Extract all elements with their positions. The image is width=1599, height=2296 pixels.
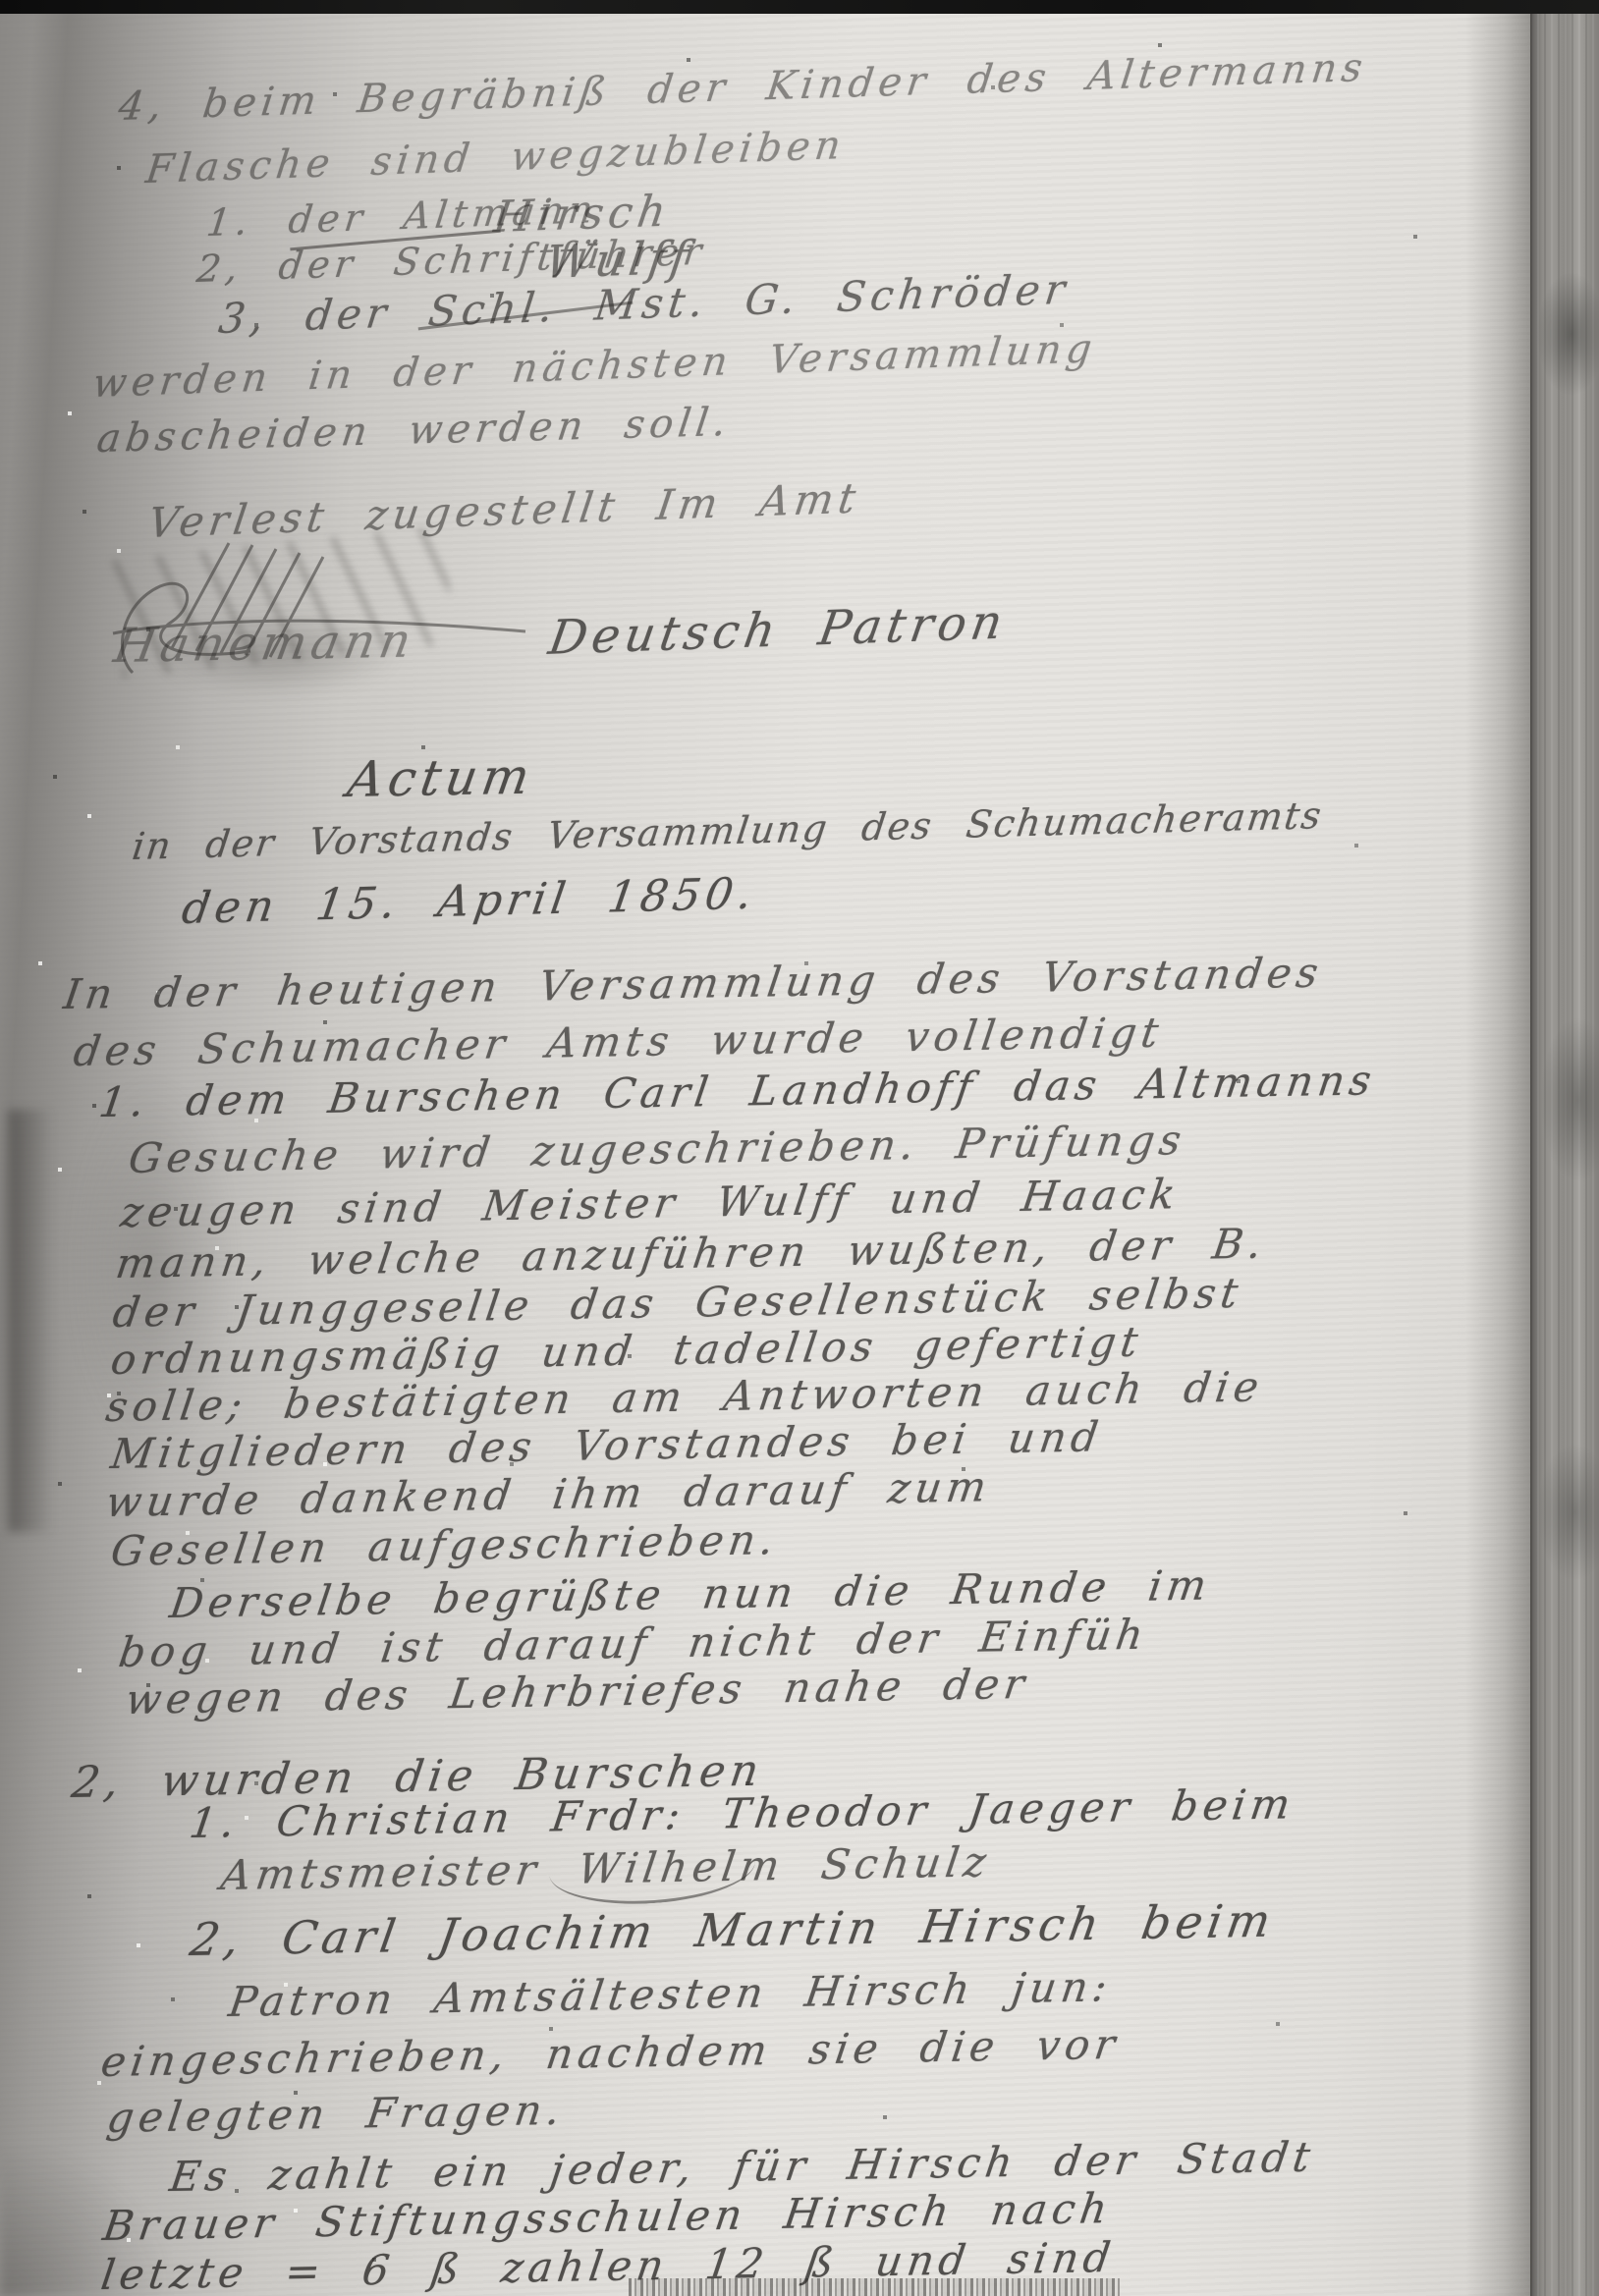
page-edge-shadow bbox=[1465, 0, 1530, 2296]
manuscript-page: 4, beim Begräbniß der Kinder des Alterma… bbox=[0, 0, 1599, 2296]
handwritten-line: gelegten Fragen. bbox=[104, 2086, 568, 2142]
handwritten-line: eingeschrieben, nachdem sie die vor bbox=[98, 2020, 1123, 2086]
scan-top-edge bbox=[0, 0, 1599, 14]
signature-deutsch-patron: Deutsch Patron bbox=[545, 594, 1011, 666]
book-page-edges bbox=[1530, 0, 1599, 2296]
signature-hanemann: Hanemann bbox=[110, 613, 420, 674]
date-line: den 15. April 1850. bbox=[179, 868, 760, 934]
handwritten-line: 4, beim Begräbniß der Kinder des Alterma… bbox=[116, 45, 1370, 130]
handwritten-line: Flasche sind wegzubleiben bbox=[143, 123, 848, 192]
apprentice-entry-line: 2, Carl Joachim Martin Hirsch beim bbox=[187, 1894, 1279, 1966]
handwritten-line: abscheiden werden soll. bbox=[94, 400, 734, 462]
ink-smudge bbox=[8, 1110, 53, 1532]
actum-heading: Actum bbox=[344, 748, 538, 808]
apprentice-entry-line: Patron Amtsältesten Hirsch jun: bbox=[226, 1962, 1115, 2026]
apprentice-entry-line: Amtsmeister Wilhelm Schulz bbox=[218, 1837, 994, 1899]
session-line: in der Vorstands Versammlung des Schumac… bbox=[130, 793, 1326, 868]
paper-specks-light bbox=[0, 0, 2, 2]
